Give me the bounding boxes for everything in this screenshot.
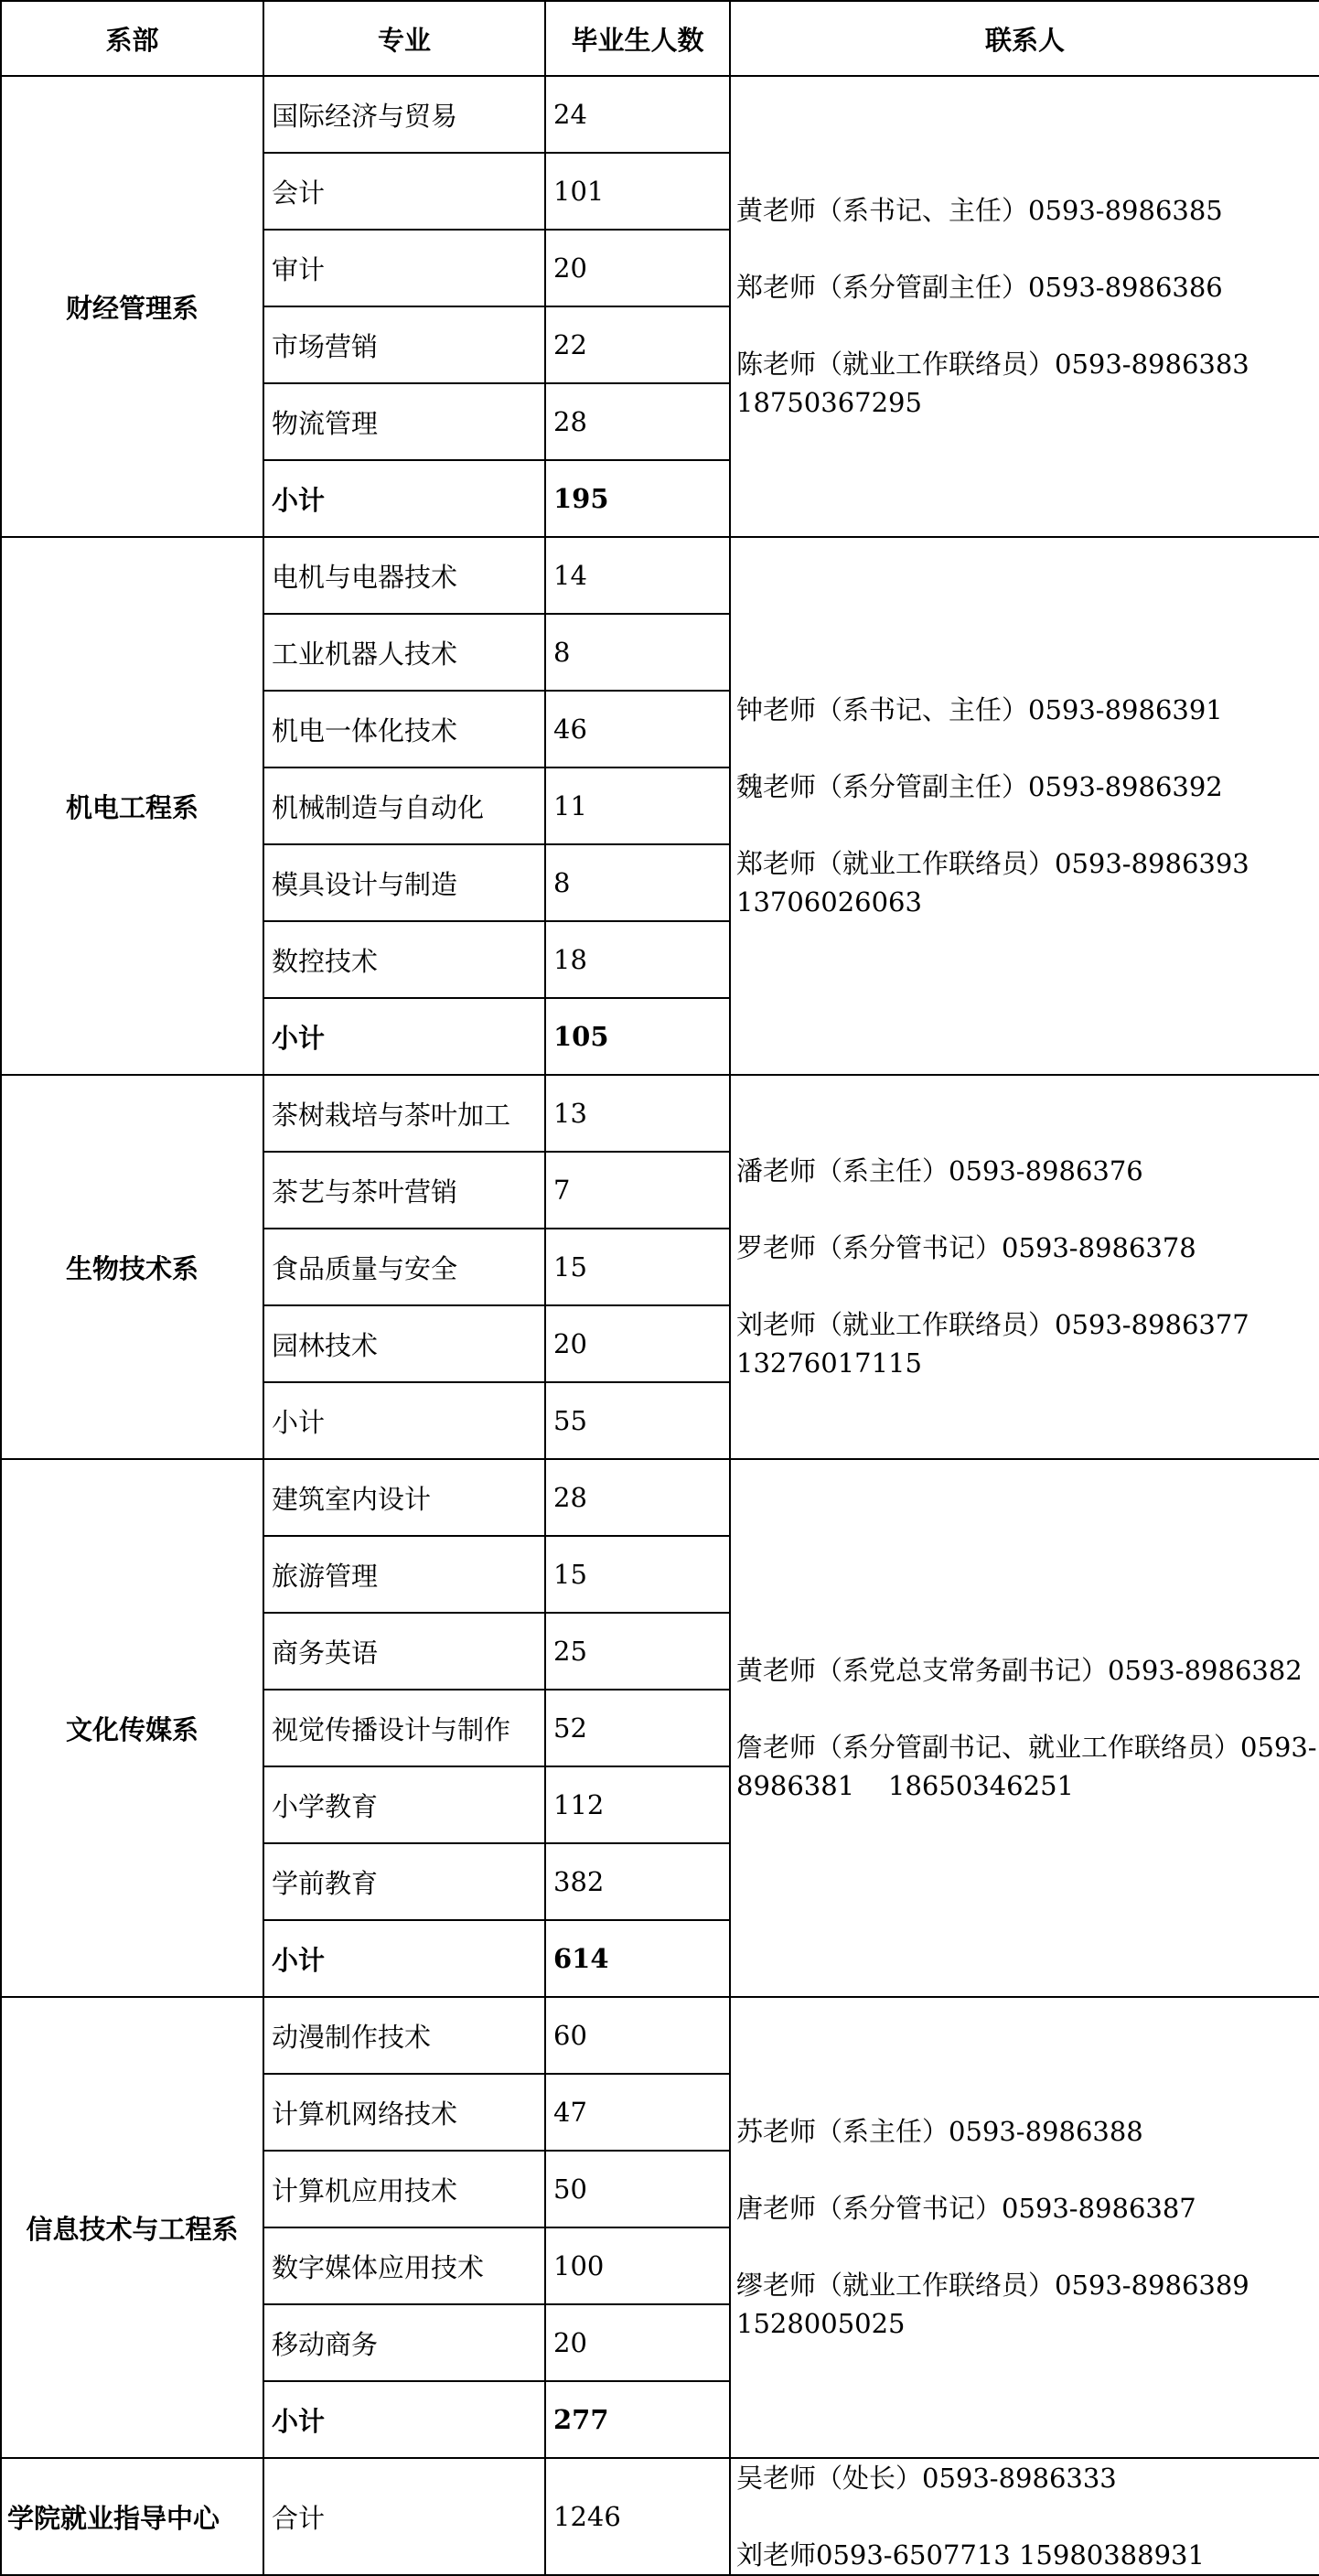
graduate-count: 20 bbox=[545, 2304, 730, 2381]
major-name: 园林技术 bbox=[263, 1305, 545, 1382]
contact-spacer bbox=[736, 729, 1319, 767]
contact-line: 钟老师（系书记、主任）0593-8986391 bbox=[736, 691, 1319, 729]
major-name: 视觉传播设计与制作 bbox=[263, 1690, 545, 1766]
header-contact: 联系人 bbox=[730, 1, 1319, 76]
major-name: 市场营销 bbox=[263, 306, 545, 383]
subtotal-count: 55 bbox=[545, 1382, 730, 1459]
graduate-count: 101 bbox=[545, 153, 730, 230]
contact-cell: 潘老师（系主任）0593-8986376罗老师（系分管书记）0593-89863… bbox=[730, 1075, 1319, 1459]
major-name: 物流管理 bbox=[263, 383, 545, 460]
total-dept: 学院就业指导中心 bbox=[1, 2458, 263, 2575]
subtotal-count: 105 bbox=[545, 998, 730, 1075]
major-name: 动漫制作技术 bbox=[263, 1997, 545, 2074]
graduate-count: 47 bbox=[545, 2074, 730, 2151]
graduate-count: 8 bbox=[545, 614, 730, 691]
major-name: 机电一体化技术 bbox=[263, 691, 545, 767]
dept-name: 财经管理系 bbox=[1, 76, 263, 537]
contact-line: 黄老师（系党总支常务副书记）0593-8986382 bbox=[736, 1651, 1319, 1690]
major-name: 国际经济与贸易 bbox=[263, 76, 545, 153]
major-name: 茶树栽培与茶叶加工 bbox=[263, 1075, 545, 1152]
contact-cell: 钟老师（系书记、主任）0593-8986391魏老师（系分管副主任）0593-8… bbox=[730, 537, 1319, 1075]
subtotal-label: 小计 bbox=[263, 460, 545, 537]
major-name: 数控技术 bbox=[263, 921, 545, 998]
major-name: 计算机应用技术 bbox=[263, 2151, 545, 2227]
table-row: 财经管理系国际经济与贸易24黄老师（系书记、主任）0593-8986385郑老师… bbox=[1, 76, 1319, 153]
graduate-count: 7 bbox=[545, 1152, 730, 1229]
contact-spacer bbox=[736, 2227, 1319, 2266]
major-name: 旅游管理 bbox=[263, 1536, 545, 1613]
graduate-count: 25 bbox=[545, 1613, 730, 1690]
header-major: 专业 bbox=[263, 1, 545, 76]
graduate-count: 24 bbox=[545, 76, 730, 153]
graduate-count: 18 bbox=[545, 921, 730, 998]
subtotal-count: 195 bbox=[545, 460, 730, 537]
contact-line: 缪老师（就业工作联络员）0593-8986389 1528005025 bbox=[736, 2266, 1319, 2343]
dept-name: 机电工程系 bbox=[1, 537, 263, 1075]
header-count: 毕业生人数 bbox=[545, 1, 730, 76]
subtotal-label: 小计 bbox=[263, 1920, 545, 1997]
contact-line: 刘老师0593-6507713 15980388931 bbox=[736, 2536, 1319, 2574]
graduate-count: 15 bbox=[545, 1536, 730, 1613]
contact-line: 吴老师（处长）0593-8986333 bbox=[736, 2459, 1319, 2497]
major-name: 建筑室内设计 bbox=[263, 1459, 545, 1536]
table-body: 财经管理系国际经济与贸易24黄老师（系书记、主任）0593-8986385郑老师… bbox=[1, 76, 1319, 2575]
major-name: 商务英语 bbox=[263, 1613, 545, 1690]
major-name: 审计 bbox=[263, 230, 545, 306]
graduate-count: 13 bbox=[545, 1075, 730, 1152]
contact-spacer bbox=[736, 2497, 1319, 2536]
major-name: 食品质量与安全 bbox=[263, 1229, 545, 1305]
major-name: 模具设计与制造 bbox=[263, 844, 545, 921]
contact-spacer bbox=[736, 1267, 1319, 1305]
major-name: 电机与电器技术 bbox=[263, 537, 545, 614]
graduate-count: 28 bbox=[545, 1459, 730, 1536]
table-row: 信息技术与工程系动漫制作技术60苏老师（系主任）0593-8986388唐老师（… bbox=[1, 1997, 1319, 2074]
contact-line: 陈老师（就业工作联络员）0593-8986383 18750367295 bbox=[736, 345, 1319, 422]
table-row: 生物技术系茶树栽培与茶叶加工13潘老师（系主任）0593-8986376罗老师（… bbox=[1, 1075, 1319, 1152]
graduate-count: 22 bbox=[545, 306, 730, 383]
total-row: 学院就业指导中心合计1246吴老师（处长）0593-8986333刘老师0593… bbox=[1, 2458, 1319, 2575]
major-name: 工业机器人技术 bbox=[263, 614, 545, 691]
total-label: 合计 bbox=[263, 2458, 545, 2575]
contact-line: 潘老师（系主任）0593-8986376 bbox=[736, 1152, 1319, 1190]
major-name: 小学教育 bbox=[263, 1766, 545, 1843]
dept-name: 生物技术系 bbox=[1, 1075, 263, 1459]
graduate-count: 112 bbox=[545, 1766, 730, 1843]
major-name: 移动商务 bbox=[263, 2304, 545, 2381]
graduates-table: 系部 专业 毕业生人数 联系人 财经管理系国际经济与贸易24黄老师（系书记、主任… bbox=[0, 0, 1319, 2576]
contact-line: 唐老师（系分管书记）0593-8986387 bbox=[736, 2189, 1319, 2227]
graduate-count: 8 bbox=[545, 844, 730, 921]
graduate-count: 100 bbox=[545, 2227, 730, 2304]
subtotal-label: 小计 bbox=[263, 2381, 545, 2458]
contact-cell: 黄老师（系书记、主任）0593-8986385郑老师（系分管副主任）0593-8… bbox=[730, 76, 1319, 537]
major-name: 会计 bbox=[263, 153, 545, 230]
subtotal-label: 小计 bbox=[263, 1382, 545, 1459]
major-name: 茶艺与茶叶营销 bbox=[263, 1152, 545, 1229]
contact-line: 刘老师（就业工作联络员）0593-8986377 13276017115 bbox=[736, 1305, 1319, 1382]
contact-line: 郑老师（就业工作联络员）0593-8986393 13706026063 bbox=[736, 844, 1319, 921]
graduate-count: 60 bbox=[545, 1997, 730, 2074]
graduate-count: 46 bbox=[545, 691, 730, 767]
major-name: 计算机网络技术 bbox=[263, 2074, 545, 2151]
contact-spacer bbox=[736, 230, 1319, 268]
graduate-count: 52 bbox=[545, 1690, 730, 1766]
contact-line: 詹老师（系分管副书记、就业工作联络员）0593-8986381 18650346… bbox=[736, 1728, 1319, 1805]
graduate-count: 28 bbox=[545, 383, 730, 460]
major-name: 数字媒体应用技术 bbox=[263, 2227, 545, 2304]
total-contact-cell: 吴老师（处长）0593-8986333刘老师0593-6507713 15980… bbox=[730, 2458, 1319, 2575]
contact-line: 苏老师（系主任）0593-8986388 bbox=[736, 2112, 1319, 2151]
contact-cell: 黄老师（系党总支常务副书记）0593-8986382詹老师（系分管副书记、就业工… bbox=[730, 1459, 1319, 1997]
contact-line: 魏老师（系分管副主任）0593-8986392 bbox=[736, 767, 1319, 806]
dept-name: 文化传媒系 bbox=[1, 1459, 263, 1997]
contact-cell: 苏老师（系主任）0593-8986388唐老师（系分管书记）0593-89863… bbox=[730, 1997, 1319, 2458]
header-dept: 系部 bbox=[1, 1, 263, 76]
contact-spacer bbox=[736, 1690, 1319, 1728]
contact-spacer bbox=[736, 306, 1319, 345]
graduate-count: 20 bbox=[545, 230, 730, 306]
graduate-count: 382 bbox=[545, 1843, 730, 1920]
contact-spacer bbox=[736, 806, 1319, 844]
major-name: 机械制造与自动化 bbox=[263, 767, 545, 844]
table-row: 文化传媒系建筑室内设计28黄老师（系党总支常务副书记）0593-8986382詹… bbox=[1, 1459, 1319, 1536]
contact-spacer bbox=[736, 1190, 1319, 1229]
table-row: 机电工程系电机与电器技术14钟老师（系书记、主任）0593-8986391魏老师… bbox=[1, 537, 1319, 614]
contact-line: 郑老师（系分管副主任）0593-8986386 bbox=[736, 268, 1319, 306]
header-row: 系部 专业 毕业生人数 联系人 bbox=[1, 1, 1319, 76]
dept-name: 信息技术与工程系 bbox=[1, 1997, 263, 2458]
contact-line: 黄老师（系书记、主任）0593-8986385 bbox=[736, 191, 1319, 230]
contact-spacer bbox=[736, 2151, 1319, 2189]
contact-line: 罗老师（系分管书记）0593-8986378 bbox=[736, 1229, 1319, 1267]
graduate-count: 50 bbox=[545, 2151, 730, 2227]
total-count: 1246 bbox=[545, 2458, 730, 2575]
graduate-count: 11 bbox=[545, 767, 730, 844]
graduate-count: 14 bbox=[545, 537, 730, 614]
subtotal-count: 614 bbox=[545, 1920, 730, 1997]
graduate-count: 15 bbox=[545, 1229, 730, 1305]
major-name: 学前教育 bbox=[263, 1843, 545, 1920]
graduate-count: 20 bbox=[545, 1305, 730, 1382]
subtotal-label: 小计 bbox=[263, 998, 545, 1075]
subtotal-count: 277 bbox=[545, 2381, 730, 2458]
